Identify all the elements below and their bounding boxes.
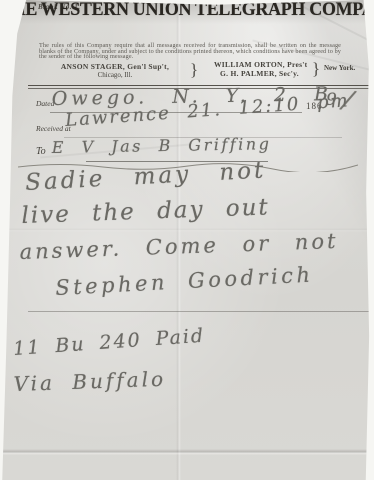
officer-left-city: Chicago, Ill. [44,71,186,79]
notation-line: 11 Bu 240 Paid [12,325,205,360]
signature-rule [28,311,374,312]
company-title: THE WESTERN UNION TELEGRAPH COMPANY. [0,0,322,21]
officers-brace: } [312,59,320,79]
officer-right-city: New York. [324,64,355,72]
notation-line: Via Buffalo [13,367,166,396]
officer-right-name: WILLIAM ORTON, Pres't [214,60,307,69]
message-line: live the day out [21,194,270,229]
signature: Stephen Goodrich [55,263,314,300]
disclaimer-text: The rules of this Company require that a… [39,43,341,60]
to-value: E V Jas B Griffing [52,134,272,157]
to-label: To [36,146,46,157]
telegram-scan: Blank No. 1. THE WESTERN UNION TELEGRAPH… [0,0,374,480]
officers-brace: } [190,60,198,80]
officer-left-name: ANSON STAGER, Gen'l Sup't, [44,62,186,71]
crease-line [0,449,374,455]
officer-right-name: G. H. PALMER, Sec'y. [220,69,299,78]
message-line: answer. Come or not [19,229,339,264]
telegram-paper: Blank No. 1. THE WESTERN UNION TELEGRAPH… [0,0,374,480]
